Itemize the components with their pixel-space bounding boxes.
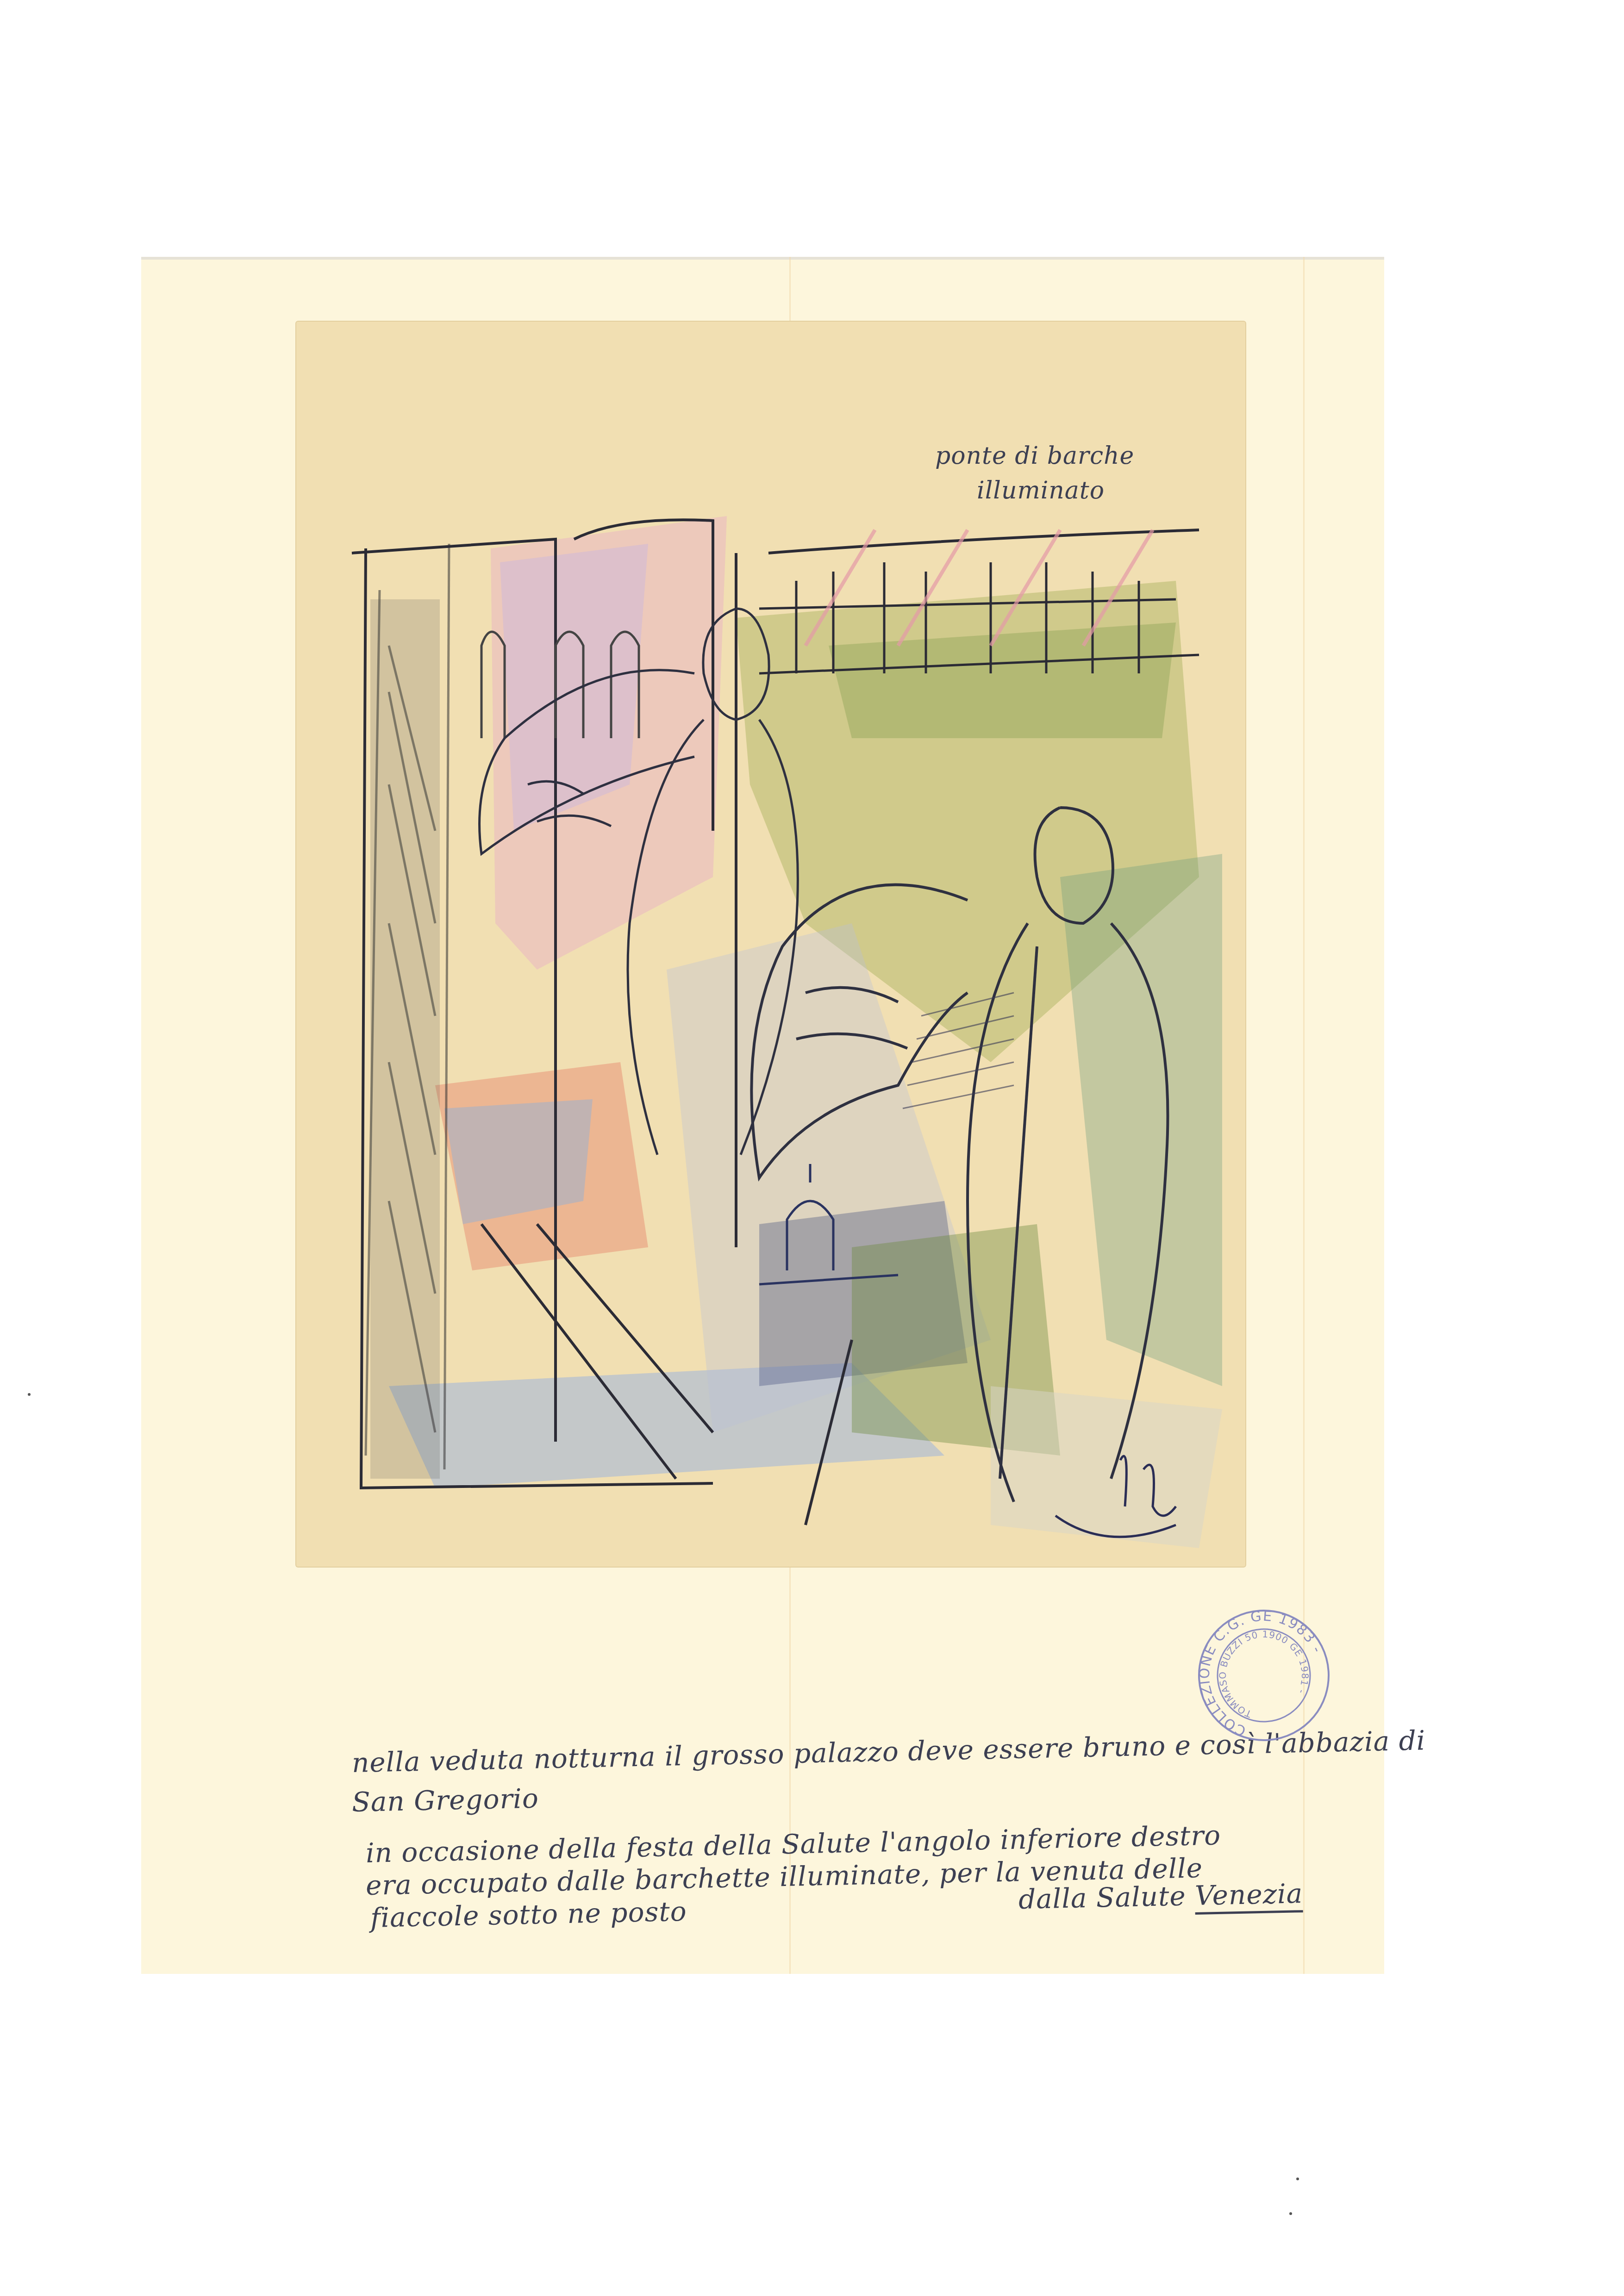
- angel-sketch-illustration: [296, 322, 1245, 1567]
- drawing-sheet: [296, 322, 1245, 1567]
- scan-speck: [1289, 2212, 1292, 2215]
- scan-speck: [1296, 2178, 1299, 2180]
- drawing-annotation-line1: ponte di barche: [935, 442, 1134, 470]
- note-place-prefix: dalla Salute: [1018, 1880, 1186, 1915]
- scan-speck: [28, 1393, 31, 1396]
- drawing-annotation-line2: illuminato: [977, 477, 1105, 504]
- note-place-venezia: Venezia: [1194, 1878, 1303, 1915]
- note-line-2: San Gregorio: [351, 1783, 539, 1818]
- note-line-5: fiaccole sotto ne posto: [370, 1896, 687, 1934]
- note-place: dalla Salute Venezia: [1018, 1878, 1303, 1915]
